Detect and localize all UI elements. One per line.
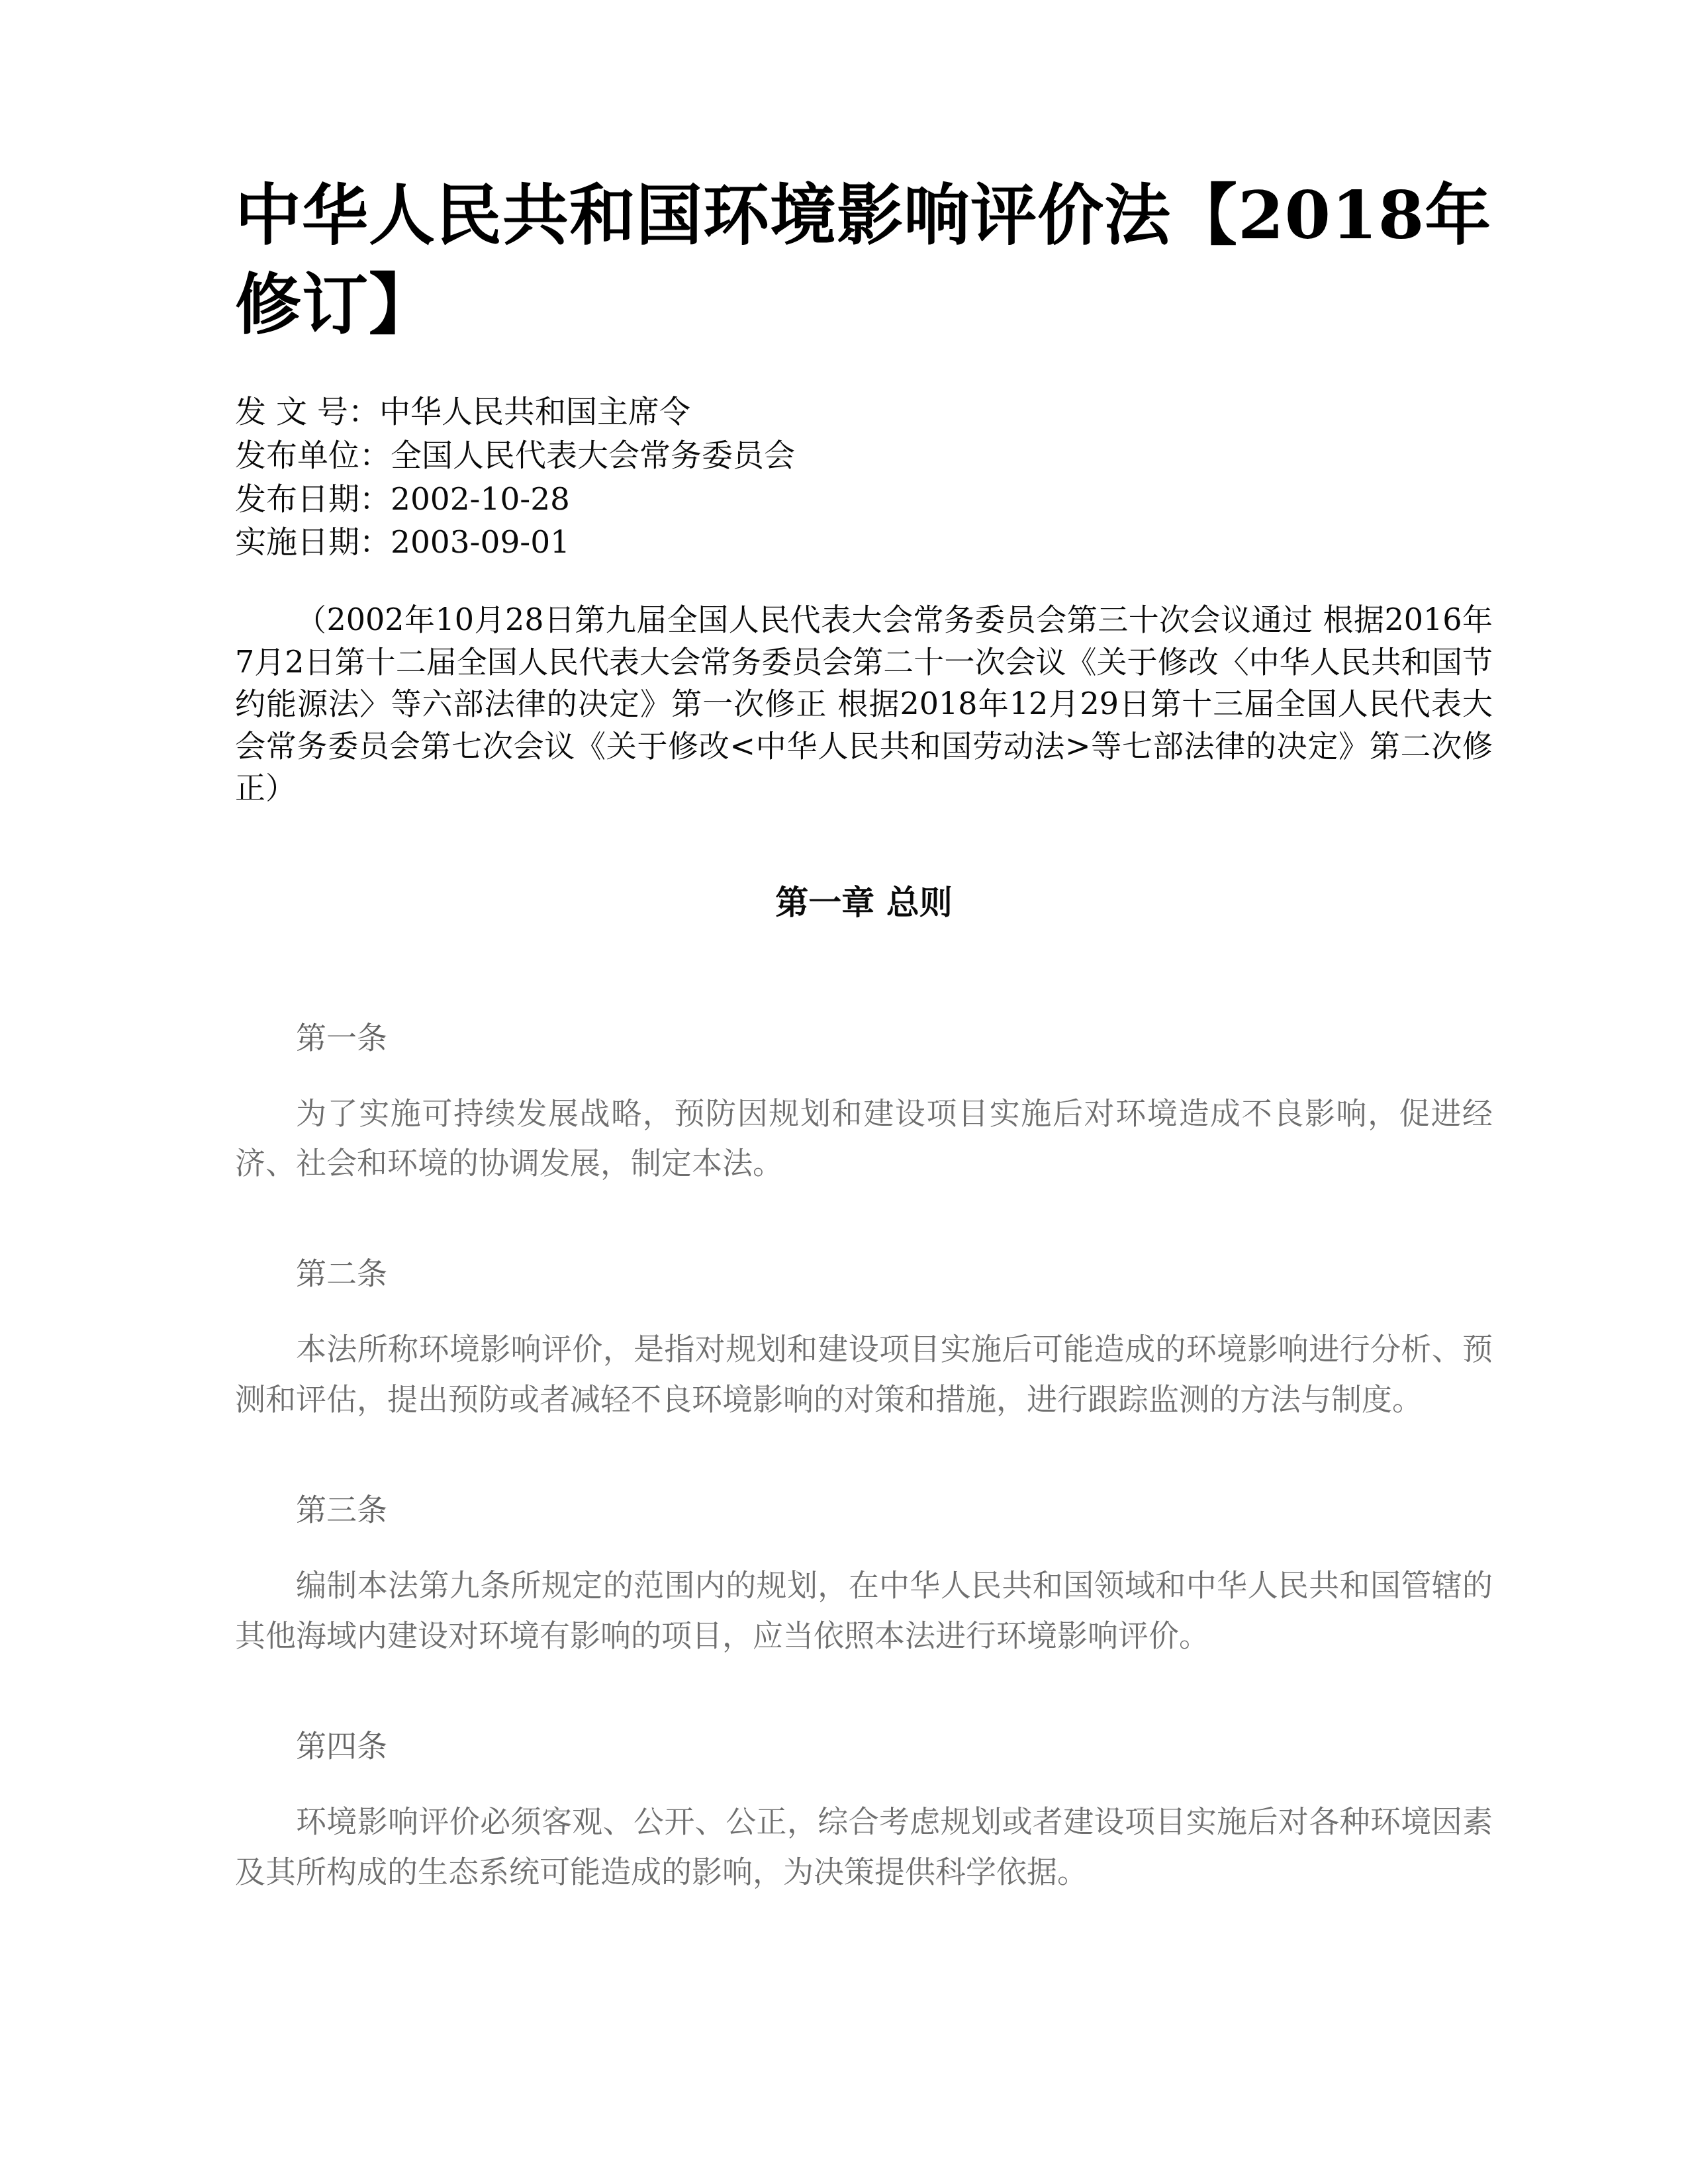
article-body: 环境影响评价必须客观、公开、公正，综合考虑规划或者建设项目实施后对各种环境因素及… [235,1797,1493,1897]
article-1: 第一条 为了实施可持续发展战略，预防因规划和建设项目实施后对环境造成不良影响，促… [235,1015,1493,1189]
meta-block: 发 文 号：中华人民共和国主席令 发布单位：全国人民代表大会常务委员会 发布日期… [235,390,1493,565]
meta-label: 实施日期： [235,524,391,561]
article-3: 第三条 编制本法第九条所规定的范围内的规划，在中华人民共和国领域和中华人民共和国… [235,1487,1493,1661]
meta-line-effective-date: 实施日期：2003-09-01 [235,521,1493,565]
article-number: 第三条 [235,1487,1493,1533]
meta-label: 发 文 号： [235,394,379,430]
article-number: 第二条 [235,1251,1493,1297]
article-4: 第四条 环境影响评价必须客观、公开、公正，综合考虑规划或者建设项目实施后对各种环… [235,1723,1493,1897]
document-page: 中华人民共和国环境影响评价法【2018年修订】 发 文 号：中华人民共和国主席令… [0,0,1688,2184]
article-body: 编制本法第九条所规定的范围内的规划，在中华人民共和国领域和中华人民共和国管辖的其… [235,1561,1493,1661]
document-title: 中华人民共和国环境影响评价法【2018年修订】 [235,171,1493,349]
meta-value: 全国人民代表大会常务委员会 [391,437,795,474]
meta-label: 发布日期： [235,481,391,518]
meta-value: 2002-10-28 [391,481,570,518]
preamble-paragraph: （2002年10月28日第九届全国人民代表大会常务委员会第三十次会议通过 根据2… [235,599,1493,809]
meta-line-issuing-body: 发布单位：全国人民代表大会常务委员会 [235,434,1493,478]
meta-label: 发布单位： [235,437,391,474]
meta-value: 中华人民共和国主席令 [379,394,690,430]
meta-line-document-number: 发 文 号：中华人民共和国主席令 [235,390,1493,434]
article-number: 第一条 [235,1015,1493,1061]
article-body: 本法所称环境影响评价，是指对规划和建设项目实施后可能造成的环境影响进行分析、预测… [235,1324,1493,1424]
chapter-heading: 第一章 总则 [235,881,1493,924]
meta-line-publish-date: 发布日期：2002-10-28 [235,478,1493,522]
article-number: 第四条 [235,1723,1493,1769]
meta-value: 2003-09-01 [391,524,570,561]
article-2: 第二条 本法所称环境影响评价，是指对规划和建设项目实施后可能造成的环境影响进行分… [235,1251,1493,1424]
article-body: 为了实施可持续发展战略，预防因规划和建设项目实施后对环境造成不良影响，促进经济、… [235,1089,1493,1189]
